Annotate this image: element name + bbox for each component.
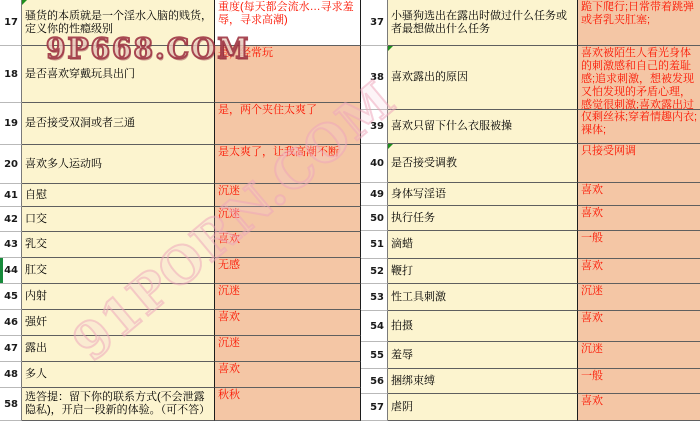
row-number-cell[interactable]: 44 (0, 258, 22, 284)
row-number-cell[interactable]: 50 (361, 206, 388, 231)
row-number-cell[interactable]: 54 (361, 311, 388, 342)
row-number-cell[interactable]: 39 (361, 110, 388, 144)
answer-cell[interactable]: 喜欢 (578, 311, 700, 342)
row-number-cell[interactable]: 42 (0, 207, 22, 232)
question-cell[interactable]: 捆绑束缚 (388, 369, 578, 394)
row-number-cell[interactable]: 52 (361, 259, 388, 284)
question-text: 强奸 (25, 316, 47, 329)
answer-cell[interactable]: 沉迷 (215, 336, 361, 362)
answer-cell[interactable]: 秋秋 (215, 388, 361, 421)
question-cell[interactable]: 选答提：留下你的联系方式(不会泄露隐私)，开启一段新的体验。（可不答） (22, 388, 215, 421)
row-number-cell[interactable]: 18 (0, 46, 22, 103)
table-row: 56捆绑束缚一般 (361, 369, 700, 394)
answer-cell[interactable]: 是，经常玩 (215, 46, 361, 103)
question-text: 拍摄 (391, 320, 413, 333)
table-row: 40是否接受调教只接受网调 (361, 144, 700, 183)
row-number-cell[interactable]: 17 (0, 0, 22, 46)
right-table: 37小骚狗选出在露出时做过什么任务或者最想做出什么任务跪下爬行;日常带着跳弹或者… (361, 0, 700, 421)
cell-comment-marker-icon (388, 46, 393, 51)
question-text: 羞辱 (391, 349, 413, 362)
question-text: 喜欢露出的原因 (391, 71, 468, 84)
row-number-cell[interactable]: 55 (361, 342, 388, 369)
answer-cell[interactable]: 喜欢 (578, 394, 700, 421)
table-row: 49身体写淫语喜欢 (361, 183, 700, 206)
answer-cell[interactable]: 喜欢 (578, 259, 700, 284)
answer-cell[interactable]: 喜欢 (215, 232, 361, 258)
row-number-cell[interactable]: 46 (0, 310, 22, 336)
table-row: 39喜欢只留下什么衣服被操仅剩丝袜;穿着情趣内衣;裸体; (361, 110, 700, 144)
question-cell[interactable]: 鞭打 (388, 259, 578, 284)
row-number-cell[interactable]: 53 (361, 284, 388, 311)
table-row: 17骚货的本质就是一个淫水入脑的贱货，定义你的性瘾级别重度(每天都会流水…寻求羞… (0, 0, 361, 46)
question-text: 小骚狗选出在露出时做过什么任务或者最想做出什么任务 (391, 10, 575, 36)
table-row: 38喜欢露出的原因喜欢被陌生人看光身体的刺激感和自己的羞耻感;追求刺激，想被发现… (361, 46, 700, 110)
answer-cell[interactable]: 沉迷 (578, 284, 700, 311)
question-cell[interactable]: 是否喜欢穿戴玩具出门 (22, 46, 215, 103)
cell-comment-marker-icon (388, 144, 393, 149)
question-cell[interactable]: 多人 (22, 362, 215, 388)
question-cell[interactable]: 是否接受双洞或者三通 (22, 103, 215, 145)
row-number-cell[interactable]: 19 (0, 103, 22, 145)
question-cell[interactable]: 喜欢多人运动吗 (22, 145, 215, 184)
question-cell[interactable]: 执行任务 (388, 206, 578, 231)
table-row: 42口交沉迷 (0, 207, 361, 232)
question-text: 多人 (25, 368, 47, 381)
question-cell[interactable]: 滴蜡 (388, 231, 578, 259)
question-cell[interactable]: 虐阴 (388, 394, 578, 421)
table-row: 53性工具刺激沉迷 (361, 284, 700, 311)
question-cell[interactable]: 身体写淫语 (388, 183, 578, 206)
table-row: 58选答提：留下你的联系方式(不会泄露隐私)，开启一段新的体验。（可不答）秋秋 (0, 388, 361, 421)
row-number-cell[interactable]: 40 (361, 144, 388, 183)
row-select-marker (0, 258, 3, 283)
question-text: 性工具刺激 (391, 291, 446, 304)
answer-cell[interactable]: 重度(每天都会流水…寻求羞辱，寻求高潮) (215, 0, 361, 46)
table-row: 20喜欢多人运动吗是太爽了，让我高潮不断 (0, 145, 361, 184)
table-row: 45内射沉迷 (0, 284, 361, 310)
table-row: 55羞辱沉迷 (361, 342, 700, 369)
question-text: 口交 (25, 213, 47, 226)
question-text: 乳交 (25, 238, 47, 251)
answer-cell[interactable]: 是，两个夹住太爽了 (215, 103, 361, 145)
answer-cell[interactable]: 沉迷 (215, 184, 361, 207)
question-cell[interactable]: 是否接受调教 (388, 144, 578, 183)
question-cell[interactable]: 喜欢只留下什么衣服被操 (388, 110, 578, 144)
question-cell[interactable]: 小骚狗选出在露出时做过什么任务或者最想做出什么任务 (388, 0, 578, 46)
row-number-cell[interactable]: 49 (361, 183, 388, 206)
answer-cell[interactable]: 一般 (578, 231, 700, 259)
question-text: 内射 (25, 290, 47, 303)
answer-cell[interactable]: 是太爽了，让我高潮不断 (215, 145, 361, 184)
question-text: 喜欢只留下什么衣服被操 (391, 120, 512, 133)
question-cell[interactable]: 内射 (22, 284, 215, 310)
row-number-cell[interactable]: 37 (361, 0, 388, 46)
question-cell[interactable]: 羞辱 (388, 342, 578, 369)
question-cell[interactable]: 拍摄 (388, 311, 578, 342)
table-row: 43乳交喜欢 (0, 232, 361, 258)
question-text: 露出 (25, 342, 47, 355)
table-row: 37小骚狗选出在露出时做过什么任务或者最想做出什么任务跪下爬行;日常带着跳弹或者… (361, 0, 700, 46)
left-table: 17骚货的本质就是一个淫水入脑的贱货，定义你的性瘾级别重度(每天都会流水…寻求羞… (0, 0, 361, 421)
answer-cell[interactable]: 仅剩丝袜;穿着情趣内衣;裸体; (578, 110, 700, 144)
question-text: 捆绑束缚 (391, 375, 435, 388)
row-number-cell[interactable]: 45 (0, 284, 22, 310)
question-text: 自慰 (25, 189, 47, 202)
table-row: 48多人喜欢 (0, 362, 361, 388)
question-text: 鞭打 (391, 265, 413, 278)
row-number-cell[interactable]: 47 (0, 336, 22, 362)
answer-cell[interactable]: 只接受网调 (578, 144, 700, 183)
row-number-cell[interactable]: 38 (361, 46, 388, 110)
row-number-cell[interactable]: 57 (361, 394, 388, 421)
answer-cell[interactable]: 喜欢被陌生人看光身体的刺激感和自己的羞耻感;追求刺激，想被发现又怕发现的矛盾心理… (578, 46, 700, 110)
table-row: 52鞭打喜欢 (361, 259, 700, 284)
row-number-cell[interactable]: 58 (0, 388, 22, 421)
answer-cell[interactable]: 沉迷 (215, 284, 361, 310)
table-row: 47露出沉迷 (0, 336, 361, 362)
question-text: 滴蜡 (391, 238, 413, 251)
row-number-cell[interactable]: 56 (361, 369, 388, 394)
question-text: 骚货的本质就是一个淫水入脑的贱货，定义你的性瘾级别 (25, 10, 212, 36)
table-row: 19是否接受双洞或者三通是，两个夹住太爽了 (0, 103, 361, 145)
question-cell[interactable]: 性工具刺激 (388, 284, 578, 311)
table-row: 41自慰沉迷 (0, 184, 361, 207)
question-cell[interactable]: 口交 (22, 207, 215, 232)
cell-comment-marker-icon (22, 0, 27, 5)
table-row: 51滴蜡一般 (361, 231, 700, 259)
answer-cell[interactable]: 喜欢 (578, 183, 700, 206)
question-text: 是否接受双洞或者三通 (25, 117, 135, 130)
answer-cell[interactable]: 无感 (215, 258, 361, 284)
question-cell[interactable]: 自慰 (22, 184, 215, 207)
spreadsheet-screenshot: 17骚货的本质就是一个淫水入脑的贱货，定义你的性瘾级别重度(每天都会流水…寻求羞… (0, 0, 700, 421)
row-number-cell[interactable]: 43 (0, 232, 22, 258)
question-cell[interactable]: 乳交 (22, 232, 215, 258)
question-cell[interactable]: 肛交 (22, 258, 215, 284)
table-row: 44肛交无感 (0, 258, 361, 284)
answer-cell[interactable]: 喜欢 (215, 310, 361, 336)
question-text: 身体写淫语 (391, 188, 446, 201)
question-text: 喜欢多人运动吗 (25, 158, 102, 171)
question-text: 肛交 (25, 264, 47, 277)
answer-cell[interactable]: 跪下爬行;日常带着跳弹或者乳夹肛塞; (578, 0, 700, 46)
question-text: 执行任务 (391, 212, 435, 225)
table-row: 18是否喜欢穿戴玩具出门是，经常玩 (0, 46, 361, 103)
question-cell[interactable]: 露出 (22, 336, 215, 362)
row-number-cell[interactable]: 20 (0, 145, 22, 184)
question-cell[interactable]: 强奸 (22, 310, 215, 336)
answer-cell[interactable]: 沉迷 (578, 342, 700, 369)
table-row: 50执行任务喜欢 (361, 206, 700, 231)
question-text: 是否喜欢穿戴玩具出门 (25, 68, 135, 81)
row-number-cell[interactable]: 48 (0, 362, 22, 388)
answer-cell[interactable]: 沉迷 (215, 207, 361, 232)
table-row: 46强奸喜欢 (0, 310, 361, 336)
question-cell[interactable]: 喜欢露出的原因 (388, 46, 578, 110)
question-text: 是否接受调教 (391, 157, 457, 170)
answer-cell[interactable]: 喜欢 (215, 362, 361, 388)
question-cell[interactable]: 骚货的本质就是一个淫水入脑的贱货，定义你的性瘾级别 (22, 0, 215, 46)
table-row: 54拍摄喜欢 (361, 311, 700, 342)
answer-cell[interactable]: 喜欢 (578, 206, 700, 231)
question-text: 虐阴 (391, 401, 413, 414)
question-text: 选答提：留下你的联系方式(不会泄露隐私)，开启一段新的体验。（可不答） (25, 391, 212, 417)
row-number-cell[interactable]: 41 (0, 184, 22, 207)
row-number-cell[interactable]: 51 (361, 231, 388, 259)
table-row: 57虐阴喜欢 (361, 394, 700, 421)
answer-cell[interactable]: 一般 (578, 369, 700, 394)
